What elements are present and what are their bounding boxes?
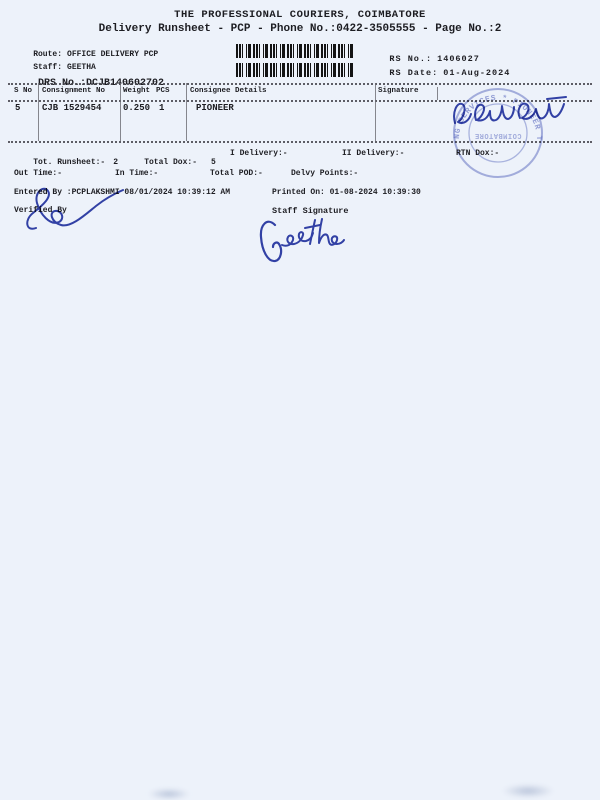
scan-smudge — [502, 784, 554, 798]
table-column-divider — [375, 83, 376, 141]
out-time-field: Out Time:- — [14, 169, 62, 178]
total-dox-value: 5 — [211, 158, 216, 167]
cell-consignment-no: CJB 1529454 — [42, 103, 101, 113]
delvy-points-field: Delvy Points:- — [291, 169, 358, 178]
scan-smudge — [148, 788, 190, 800]
total-dox-label: Total Dox:- — [144, 158, 197, 167]
cell-weight: 0.250 — [123, 103, 150, 113]
barcode — [236, 44, 354, 77]
i-delivery-field: I Delivery:- — [230, 149, 288, 158]
runsheet-total-label: Tot. Runsheet:- — [33, 158, 105, 167]
page-subtitle: Delivery Runsheet - PCP - Phone No.:0422… — [0, 23, 600, 35]
table-column-divider — [437, 87, 438, 100]
delivery-runsheet-document: THE PROFESSIONAL COURIERS, COIMBATORE De… — [0, 0, 600, 800]
barcode-bars-bottom — [236, 63, 354, 77]
table-column-divider — [38, 83, 39, 141]
barcode-bars-top — [236, 44, 354, 58]
table-column-divider — [120, 83, 121, 141]
column-header-consignee: Consignee Details — [190, 87, 267, 95]
column-header-signature: Signature — [378, 87, 419, 95]
ii-delivery-field: II Delivery:- — [342, 149, 404, 158]
column-header-consignment: Consignment No — [42, 87, 105, 95]
cell-pcs: 1 — [159, 103, 164, 113]
column-header-sno: S No — [14, 87, 32, 95]
rtn-dox-field: RTN Dox:- — [456, 149, 499, 158]
page-title: THE PROFESSIONAL COURIERS, COIMBATORE — [0, 9, 600, 21]
runsheet-total-value: 2 — [113, 158, 118, 167]
table-column-divider — [186, 83, 187, 141]
rs-date-label: RS Date: — [389, 68, 438, 78]
cell-sno: 5 — [15, 103, 20, 113]
rs-date-value: 01-Aug-2024 — [443, 68, 510, 78]
verified-by-signature — [24, 184, 128, 238]
printed-on-field: Printed On: 01-08-2024 10:39:30 — [272, 188, 421, 197]
cell-consignee: PIONEER — [196, 103, 234, 113]
column-header-pcs: PCS — [156, 87, 170, 95]
column-header-weight: Weight — [123, 87, 150, 95]
staff-signature-geetha — [258, 216, 348, 268]
consignee-signature — [450, 95, 570, 133]
total-pod-field: Total POD:- — [210, 169, 263, 178]
staff-signature-label: Staff Signature — [272, 206, 349, 216]
in-time-field: In Time:- — [115, 169, 158, 178]
